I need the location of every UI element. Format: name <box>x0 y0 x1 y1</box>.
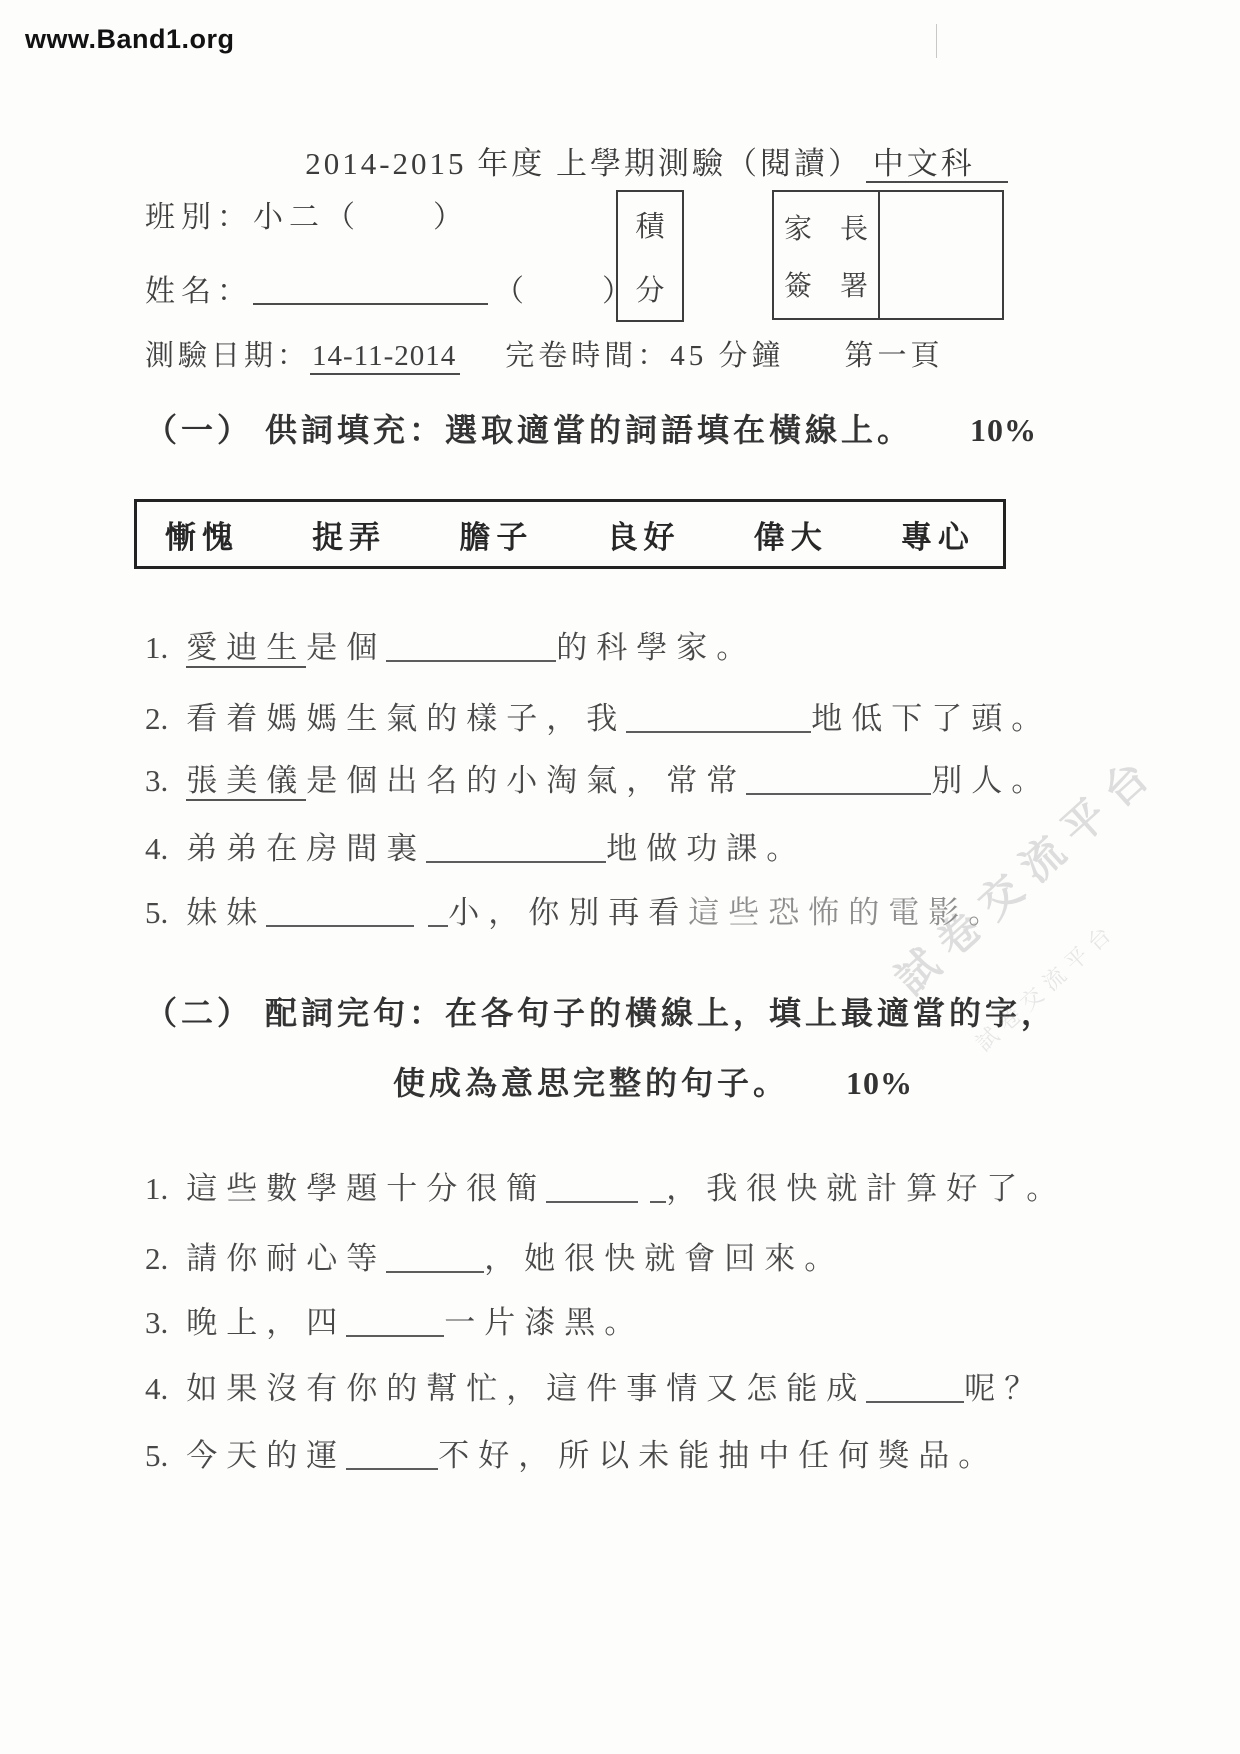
question-text: 如果沒有你的幫忙，這件事情又怎能成 <box>186 1371 866 1406</box>
answer-blank <box>426 830 606 863</box>
score-box-char1: 積 <box>635 204 664 245</box>
answer-blank <box>546 1170 638 1203</box>
s1-question-1: 1.愛迪生是個的科學家。 <box>145 622 756 667</box>
section1-number: （一） <box>145 412 253 448</box>
section1-heading: （一） 供詞填充：選取適當的詞語填在橫線上。 10% <box>145 405 1037 451</box>
word-bank-box: 慚愧 捉弄 膽子 良好 偉大 專心 <box>134 499 1006 569</box>
question-text: 是個出名的小淘氣，常常 <box>306 763 746 798</box>
s2-question-2: 2.請你耐心等，她很快就會回來。 <box>145 1233 844 1278</box>
question-text: 的科學家。 <box>556 630 756 665</box>
answer-blank <box>650 1170 666 1203</box>
question-number: 4. <box>145 1371 168 1407</box>
word-bank-item: 良好 <box>607 512 681 557</box>
date-value: 14-11-2014 <box>310 340 460 375</box>
question-text: 妹妹 <box>186 895 266 930</box>
s1-question-4: 4.弟弟在房間裏地做功課。 <box>145 823 806 868</box>
section1-title: 供詞填充：選取適當的詞語填在橫線上。 <box>265 412 913 448</box>
question-text: 地低下了頭。 <box>811 701 1051 736</box>
question-text: 呢？ <box>964 1371 1044 1406</box>
question-number: 3. <box>145 1305 168 1341</box>
question-text: 小，你別再看 <box>448 895 688 930</box>
s2-question-1: 1.這些數學題十分很簡，我很快就計算好了。 <box>145 1163 1066 1208</box>
question-number: 5. <box>145 895 168 931</box>
name-blank <box>253 273 488 305</box>
question-text: 地做功課。 <box>606 831 806 866</box>
answer-blank <box>346 1304 444 1337</box>
parent-signature-box: 家 長 簽 署 <box>772 190 1004 320</box>
answer-blank <box>346 1437 438 1470</box>
date-label: 測驗日期： <box>145 340 310 372</box>
s1-question-2: 2.看着媽媽生氣的樣子，我地低下了頭。 <box>145 693 1051 738</box>
section2-heading-line2: 使成為意思完整的句子。 10% <box>393 1058 913 1104</box>
duration-value: 45 分鐘 <box>670 340 784 372</box>
word-bank-item: 慚愧 <box>165 512 239 557</box>
question-text: ，我很快就計算好了。 <box>666 1171 1066 1206</box>
question-text: 請你耐心等 <box>186 1241 386 1276</box>
answer-blank <box>626 700 811 733</box>
section1-marks: 10% <box>970 412 1037 448</box>
word-bank-item: 偉大 <box>754 512 828 557</box>
section2-title2: 使成為意思完整的句子。 <box>393 1065 789 1101</box>
class-value: 小二（ ） <box>253 201 469 234</box>
answer-blank <box>386 1240 484 1273</box>
question-number: 4. <box>145 831 168 867</box>
score-box: 積 分 <box>616 190 684 322</box>
name-row: 姓名：（ ） <box>145 266 638 310</box>
question-number: 1. <box>145 630 168 666</box>
parent-signature-label: 家 長 簽 署 <box>774 192 880 318</box>
question-text: 晚上，四 <box>186 1305 346 1340</box>
question-text: 一片漆黑。 <box>444 1305 644 1340</box>
section2-heading-line1: （二） 配詞完句：在各句子的橫線上，填上最適當的字， <box>145 988 1057 1034</box>
parent-signature-area <box>880 192 1002 318</box>
word-bank-item: 專心 <box>901 512 975 557</box>
answer-blank <box>866 1370 964 1403</box>
site-url: www.Band1.org <box>25 24 235 55</box>
underlined-name: 張美儀 <box>186 763 306 801</box>
underlined-name: 愛迪生 <box>186 630 306 668</box>
word-bank-item: 捉弄 <box>312 512 386 557</box>
question-text: 是個 <box>306 630 386 665</box>
answer-blank <box>746 762 931 795</box>
question-number: 5. <box>145 1438 168 1474</box>
title-underline <box>866 181 1008 183</box>
question-text: ，她很快就會回來。 <box>484 1241 844 1276</box>
name-label: 姓名： <box>145 275 253 308</box>
question-number: 2. <box>145 701 168 737</box>
question-text: 別人。 <box>931 763 1051 798</box>
question-text: 看着媽媽生氣的樣子，我 <box>186 701 626 736</box>
question-text: 弟弟在房間裏 <box>186 831 426 866</box>
question-number: 1. <box>145 1171 168 1207</box>
page-number: 第一頁 <box>845 340 944 372</box>
question-number: 2. <box>145 1241 168 1277</box>
section2-title: 配詞完句：在各句子的橫線上，填上最適當的字， <box>265 995 1057 1031</box>
s2-question-5: 5.今天的運不好，所以未能抽中任何獎品。 <box>145 1430 998 1475</box>
sign-label-line1: 家 長 <box>784 207 868 247</box>
s2-question-4: 4.如果沒有你的幫忙，這件事情又怎能成呢？ <box>145 1363 1044 1408</box>
question-text-light: 這些恐怖的電影。 <box>688 895 1008 930</box>
score-box-char2: 分 <box>635 268 664 309</box>
scan-artifact-line <box>936 24 937 58</box>
duration-label: 完卷時間： <box>505 340 670 372</box>
answer-blank <box>266 894 414 927</box>
class-label: 班別： <box>145 201 253 234</box>
answer-blank <box>386 629 556 662</box>
question-text: 今天的運 <box>186 1438 346 1473</box>
question-text: 這些數學題十分很簡 <box>186 1171 546 1206</box>
class-row: 班別：小二（ ） <box>145 192 469 236</box>
s1-question-5: 5.妹妹小，你別再看這些恐怖的電影。 <box>145 887 1008 932</box>
date-row: 測驗日期：14-11-2014完卷時間：45 分鐘第一頁 <box>145 333 944 374</box>
word-bank-item: 膽子 <box>459 512 533 557</box>
sign-label-line2: 簽 署 <box>784 264 868 304</box>
paper-title: 2014-2015 年度 上學期測驗（閱讀） 中文科 <box>240 138 1040 183</box>
test-paper-page: www.Band1.org 2014-2015 年度 上學期測驗（閱讀） 中文科… <box>0 0 1240 1754</box>
section2-number: （二） <box>145 995 253 1031</box>
section2-marks: 10% <box>846 1065 913 1101</box>
question-text: 不好，所以未能抽中任何獎品。 <box>438 1438 998 1473</box>
question-number: 3. <box>145 763 168 799</box>
s1-question-3: 3.張美儀是個出名的小淘氣，常常別人。 <box>145 755 1051 800</box>
answer-blank <box>428 894 448 927</box>
s2-question-3: 3.晚上，四一片漆黑。 <box>145 1297 644 1342</box>
